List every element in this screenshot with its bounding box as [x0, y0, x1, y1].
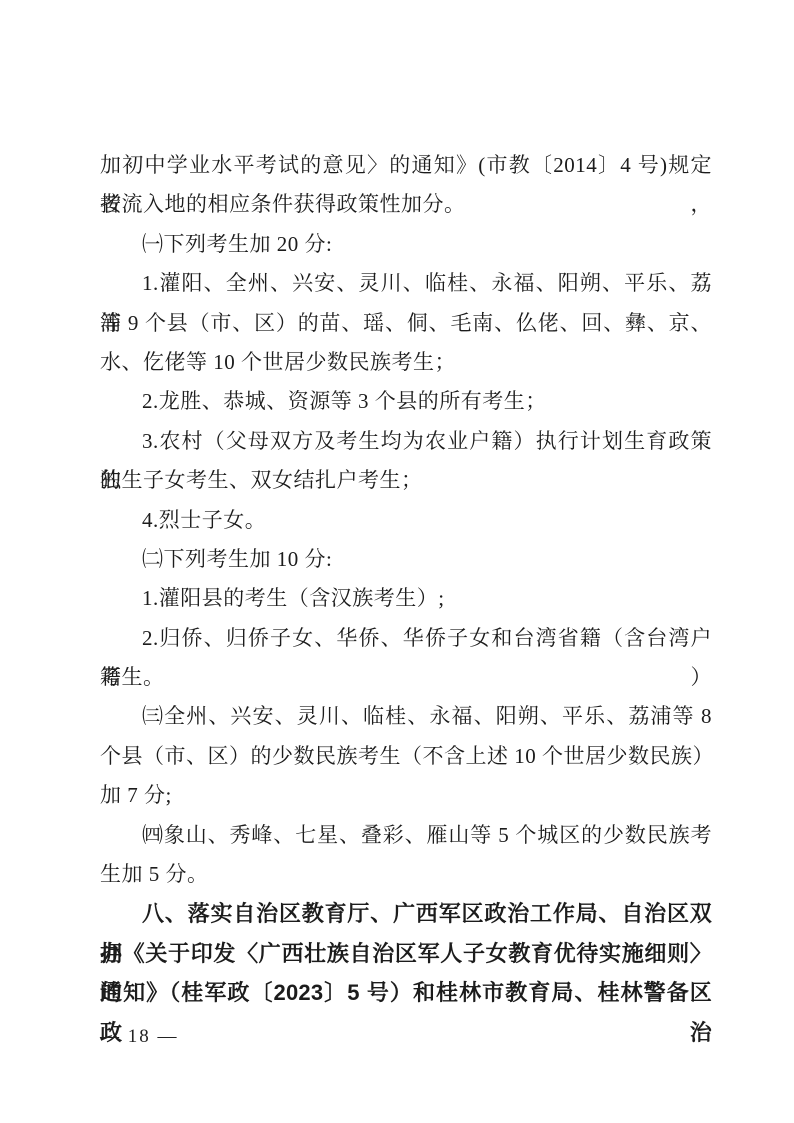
- doc-line-3-item-one-heading: ㈠下列考生加 20 分:: [100, 225, 712, 264]
- page-number: — 18 —: [100, 1024, 179, 1050]
- doc-line-13: 2.归侨、归侨子女、华侨、华侨子女和台湾省籍（含台湾户籍）: [100, 619, 712, 658]
- doc-line-8: 3.农村（父母双方及考生均为农业户籍）执行计划生育政策的: [100, 422, 712, 461]
- doc-line-18-item-four-heading: ㈣象山、秀峰、七星、叠彩、雁山等 5 个城区的少数民族考: [100, 816, 712, 855]
- document-body: 加初中学业水平考试的意见〉的通知》(市教〔2014〕4 号)规定者， 按流入地的…: [100, 146, 712, 1013]
- doc-line-17: 加 7 分;: [100, 776, 712, 815]
- document-page: 加初中学业水平考试的意见〉的通知》(市教〔2014〕4 号)规定者， 按流入地的…: [0, 0, 794, 1123]
- doc-line-16: 个县（市、区）的少数民族考生（不含上述 10 个世居少数民族）: [100, 737, 712, 776]
- doc-line-7: 2.龙胜、恭城、资源等 3 个县的所有考生；: [100, 382, 712, 421]
- doc-line-22: 通知》（桂军政〔2023〕5 号）和桂林市教育局、桂林警备区政治: [100, 973, 712, 1012]
- doc-line-6: 水、仡佬等 10 个世居少数民族考生；: [100, 343, 712, 382]
- doc-line-4: 1.灌阳、全州、兴安、灵川、临桂、永福、阳朔、平乐、荔浦: [100, 264, 712, 303]
- doc-line-19: 生加 5 分。: [100, 855, 712, 894]
- doc-line-20-section-eight-heading: 八、落实自治区教育厅、广西军区政治工作局、自治区双拥: [100, 894, 712, 933]
- doc-line-15-item-three-heading: ㈢全州、兴安、灵川、临桂、永福、阳朔、平乐、荔浦等 8: [100, 697, 712, 736]
- doc-line-21: 办《关于印发〈广西壮族自治区军人子女教育优待实施细则〉的: [100, 934, 712, 973]
- doc-line-10: 4.烈士子女。: [100, 501, 712, 540]
- doc-line-11-item-two-heading: ㈡下列考生加 10 分:: [100, 540, 712, 579]
- doc-line-9: 独生子女考生、双女结扎户考生；: [100, 461, 712, 500]
- doc-line-1: 加初中学业水平考试的意见〉的通知》(市教〔2014〕4 号)规定者，: [100, 146, 712, 185]
- doc-line-12: 1.灌阳县的考生（含汉族考生）;: [100, 579, 712, 618]
- doc-line-5: 等 9 个县（市、区）的苗、瑶、侗、毛南、仫佬、回、彝、京、: [100, 304, 712, 343]
